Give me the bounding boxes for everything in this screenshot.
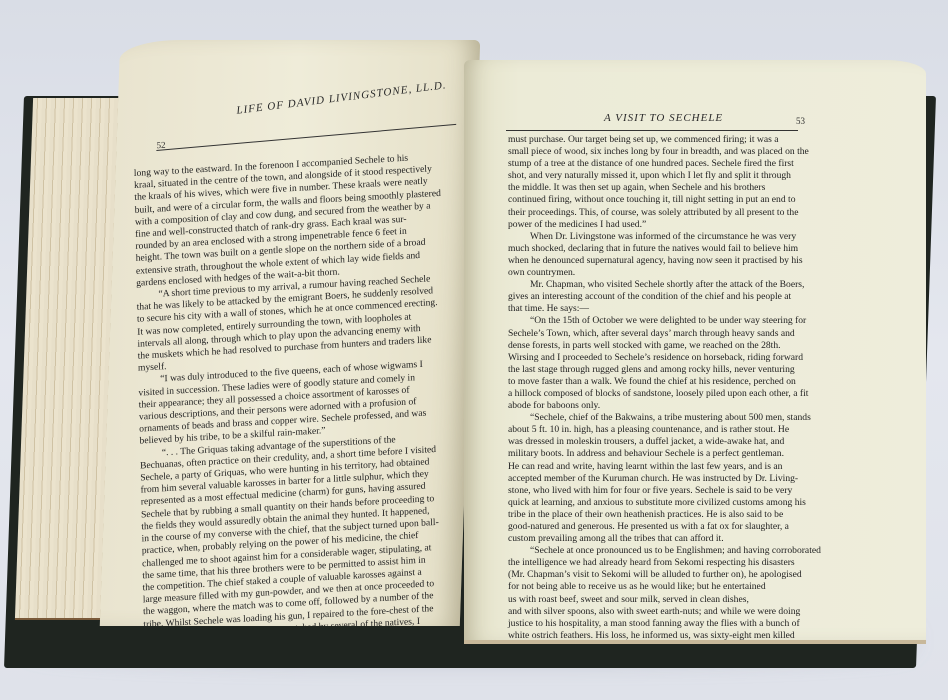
text-line: a hillock composed of blocks of sandston… [508, 388, 804, 400]
text-line: for not being able to receive us as he w… [508, 581, 804, 593]
right-page: A VISIT TO SECHELE 53 must purchase. Our… [464, 60, 926, 644]
left-page: LIFE OF DAVID LIVINGSTONE, LL.D. 52 long… [100, 40, 480, 626]
text-line: Wirsing and I proceeded to Sechele’s res… [508, 352, 804, 364]
text-line: tribe in the place of their own heatheni… [508, 509, 804, 521]
text-line: dense forests, in parts well stocked wit… [508, 340, 804, 352]
text-line: was dressed in moleskin trousers, a duff… [508, 436, 804, 448]
text-line: us with roast beef, sweet and sour milk,… [508, 594, 804, 606]
text-line: to move faster than a walk. We found the… [508, 376, 804, 388]
right-running-head: A VISIT TO SECHELE [604, 112, 723, 124]
text-line: white ostrich feathers. His loss, he inf… [508, 630, 804, 642]
text-line: Sechele’s Town, which, after several day… [508, 328, 804, 340]
text-line: power of the medicines I had used.” [508, 219, 804, 231]
text-line: when he denounced supernatural agency, h… [508, 255, 804, 267]
text-line: own countrymen. [508, 267, 804, 279]
text-line: their proceedings. This, of course, was … [508, 207, 804, 219]
text-line: stump of a tree at the distance of one h… [508, 158, 804, 170]
text-line: that time. He says:— [508, 303, 804, 315]
text-line: military boots. In address and behaviour… [508, 448, 804, 460]
text-line: (Mr. Chapman’s visit to Sekomi will be a… [508, 569, 804, 581]
text-line: must purchase. Our target being set up, … [508, 134, 804, 146]
left-running-head: LIFE OF DAVID LIVINGSTONE, LL.D. [236, 79, 447, 117]
right-page-number: 53 [796, 116, 805, 126]
text-line: “On the 15th of October we were delighte… [508, 315, 804, 327]
text-line: “Sechele, chief of the Bakwains, a tribe… [508, 412, 804, 424]
text-line: the middle. It was then set up again, wh… [508, 182, 804, 194]
text-line: shot, and very naturally missed it, upon… [508, 170, 804, 182]
text-line: good-natured and generous. He presented … [508, 521, 804, 533]
text-line: custom prevailing among all the tribes t… [508, 533, 804, 545]
left-body-text: long way to the eastward. In the forenoo… [134, 150, 465, 626]
text-line: much shocked, declaring that in future t… [508, 243, 804, 255]
text-line: small piece of wood, six inches long by … [508, 146, 804, 158]
right-header-rule [506, 130, 798, 131]
text-line: about 5 ft. 10 in. high, has a pleasing … [508, 424, 804, 436]
right-body-text: must purchase. Our target being set up, … [508, 134, 804, 642]
text-line: the last stage through rugged glens and … [508, 364, 804, 376]
text-line: “Sechele at once pronounced us to be Eng… [508, 545, 804, 557]
text-line: and with silver spoons, also with sweet … [508, 606, 804, 618]
text-line: continued firing, without once touching … [508, 194, 804, 206]
text-line: gives an interesting account of the cond… [508, 291, 804, 303]
text-line: accepted member of the Kuruman church. H… [508, 473, 804, 485]
text-line: abode for baboons only. [508, 400, 804, 412]
left-header-rule [156, 124, 456, 151]
text-line: When Dr. Livingstone was informed of the… [508, 231, 804, 243]
text-line: quick at learning, and anxious to substi… [508, 497, 804, 509]
text-line: justice to his hospitality, a man stood … [508, 618, 804, 630]
text-line: He can read and write, having learnt wit… [508, 461, 804, 473]
text-line: Mr. Chapman, who visited Sechele shortly… [508, 279, 804, 291]
text-line: the intelligence we had already heard fr… [508, 557, 804, 569]
text-line: stone, who lived with him for four or fi… [508, 485, 804, 497]
